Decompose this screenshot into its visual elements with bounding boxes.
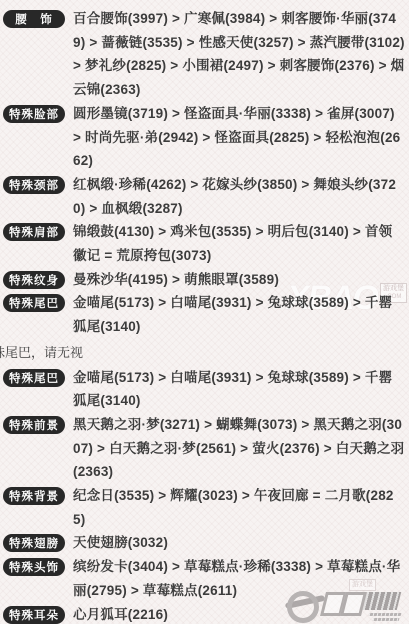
ranking-text: 锦缎鼓(4130) > 鸡米包(3535) > 明后包(3140) > 首领徽记… — [65, 220, 405, 267]
category-badge: 特殊尾巴 — [3, 294, 65, 312]
ranking-row: 特殊前景 黑天鹅之羽·梦(3271) > 蝴蝶舞(3073) > 黑天鹅之羽(3… — [0, 413, 409, 484]
ranking-text: 圆形墨镜(3719) > 怪盗面具·华丽(3338) > 雀屏(3007) > … — [65, 102, 405, 173]
ranking-row: 特殊背景 纪念日(3535) > 辉耀(3023) > 午夜回廊 = 二月歌(2… — [0, 484, 409, 531]
ranking-list: 腰 饰 百合腰饰(3997) > 广寒佩(3984) > 刺客腰饰·华丽(374… — [0, 0, 409, 624]
category-badge: 特殊颈部 — [3, 176, 65, 194]
category-badge: 特殊背景 — [3, 487, 65, 505]
category-badge: 特殊尾巴 — [3, 369, 65, 387]
ranking-text: 缤纷发卡(3404) > 草莓糕点·珍稀(3338) > 草莓糕点·华丽(279… — [65, 555, 405, 602]
ranking-row: 特殊尾巴 金喵尾(5173) > 白喵尾(3931) > 兔球球(3589) >… — [0, 366, 409, 413]
ranking-row: 特殊翅膀 天使翅膀(3032) — [0, 531, 409, 555]
ranking-row: 特殊脸部 圆形墨镜(3719) > 怪盗面具·华丽(3338) > 雀屏(300… — [0, 102, 409, 173]
category-badge: 特殊前景 — [3, 416, 65, 434]
ranking-text: 金喵尾(5173) > 白喵尾(3931) > 兔球球(3589) > 千罂狐尾… — [65, 366, 405, 413]
ranking-row: 特殊颈部 红枫缎·珍稀(4262) > 花嫁头纱(3850) > 舞娘头纱(37… — [0, 173, 409, 220]
ranking-row: 特殊尾巴 金喵尾(5173) > 白喵尾(3931) > 兔球球(3589) >… — [0, 291, 409, 338]
ranking-text: 黑天鹅之羽·梦(3271) > 蝴蝶舞(3073) > 黑天鹅之羽(3007) … — [65, 413, 405, 484]
category-badge: 特殊耳朵 — [3, 606, 65, 624]
category-badge: 特殊翅膀 — [3, 534, 65, 552]
category-badge: 特殊肩部 — [3, 223, 65, 241]
category-badge: 特殊纹身 — [3, 271, 65, 289]
category-badge: 腰 饰 — [3, 10, 65, 28]
ranking-row: 特殊耳朵 心月狐耳(2216) — [0, 603, 409, 624]
ranking-row: 特殊头饰 缤纷发卡(3404) > 草莓糕点·珍稀(3338) > 草莓糕点·华… — [0, 555, 409, 602]
ranking-text: 天使翅膀(3032) — [65, 531, 405, 555]
ranking-row: 腰 饰 百合腰饰(3997) > 广寒佩(3984) > 刺客腰饰·华丽(374… — [0, 7, 409, 102]
ranking-text: 百合腰饰(3997) > 广寒佩(3984) > 刺客腰饰·华丽(3749) >… — [65, 7, 405, 102]
ranking-row: 特殊纹身 曼殊沙华(4195) > 萌熊眼罩(3589) — [0, 268, 409, 292]
ranking-text: 金喵尾(5173) > 白喵尾(3931) > 兔球球(3589) > 千罂狐尾… — [65, 291, 405, 338]
category-badge: 特殊头饰 — [3, 558, 65, 576]
duplicate-note: 殊尾巴，请无视 — [0, 341, 409, 365]
ranking-text: 纪念日(3535) > 辉耀(3023) > 午夜回廊 = 二月歌(2825) — [65, 484, 405, 531]
ranking-text: 曼殊沙华(4195) > 萌熊眼罩(3589) — [65, 268, 405, 292]
ranking-row: 特殊肩部 锦缎鼓(4130) > 鸡米包(3535) > 明后包(3140) >… — [0, 220, 409, 267]
category-badge: 特殊脸部 — [3, 105, 65, 123]
ranking-text: 红枫缎·珍稀(4262) > 花嫁头纱(3850) > 舞娘头纱(3720) >… — [65, 173, 405, 220]
guide-page: { "page": { "bg": "#f7f3f2", "badge_bg":… — [0, 0, 409, 624]
ranking-text: 心月狐耳(2216) — [65, 603, 405, 624]
